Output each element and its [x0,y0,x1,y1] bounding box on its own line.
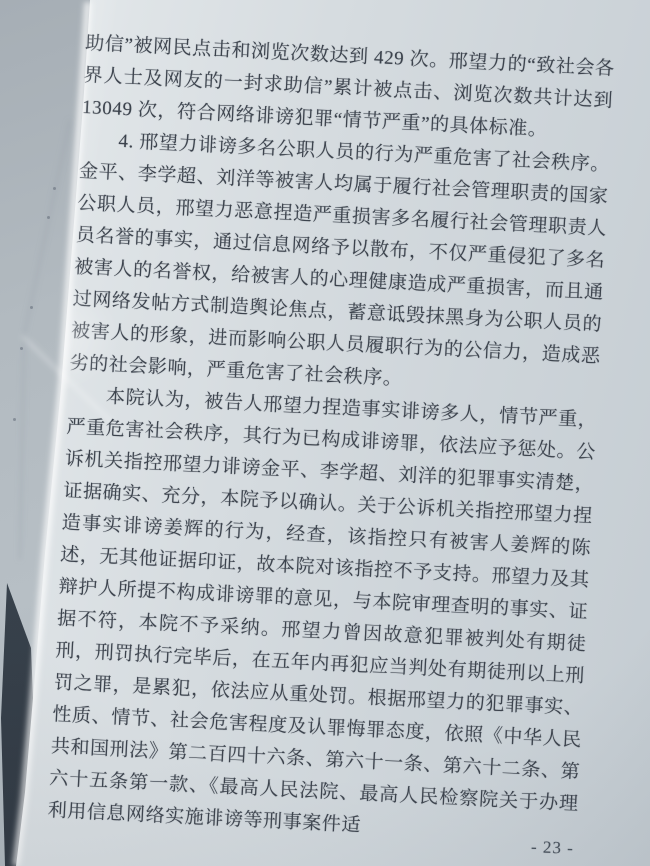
document-photo: 助信”被网民点击和浏览次数达到 429 次。邢望力的“致社会各界人士及网友的一封… [0,0,650,866]
paper-speck [13,418,16,421]
judgment-text-block: 助信”被网民点击和浏览次数达到 429 次。邢望力的“致社会各界人士及网友的一封… [47,28,615,853]
page-number: - 23 - [531,837,575,858]
paper-speck [20,347,23,350]
paragraph-defamation-officials: 4. 邢望力诽谤多名公职人员的行为严重危害了社会秩序。金平、李学超、刘洋等被害人… [69,124,611,406]
paper-speck [30,306,33,309]
paper-speck [53,187,56,190]
paper-speck [47,216,50,219]
paragraph-court-opinion: 本院认为，被告人邢望力捏造事实诽谤多人，情节严重，严重危害社会秩序，其行为已构成… [47,380,598,853]
